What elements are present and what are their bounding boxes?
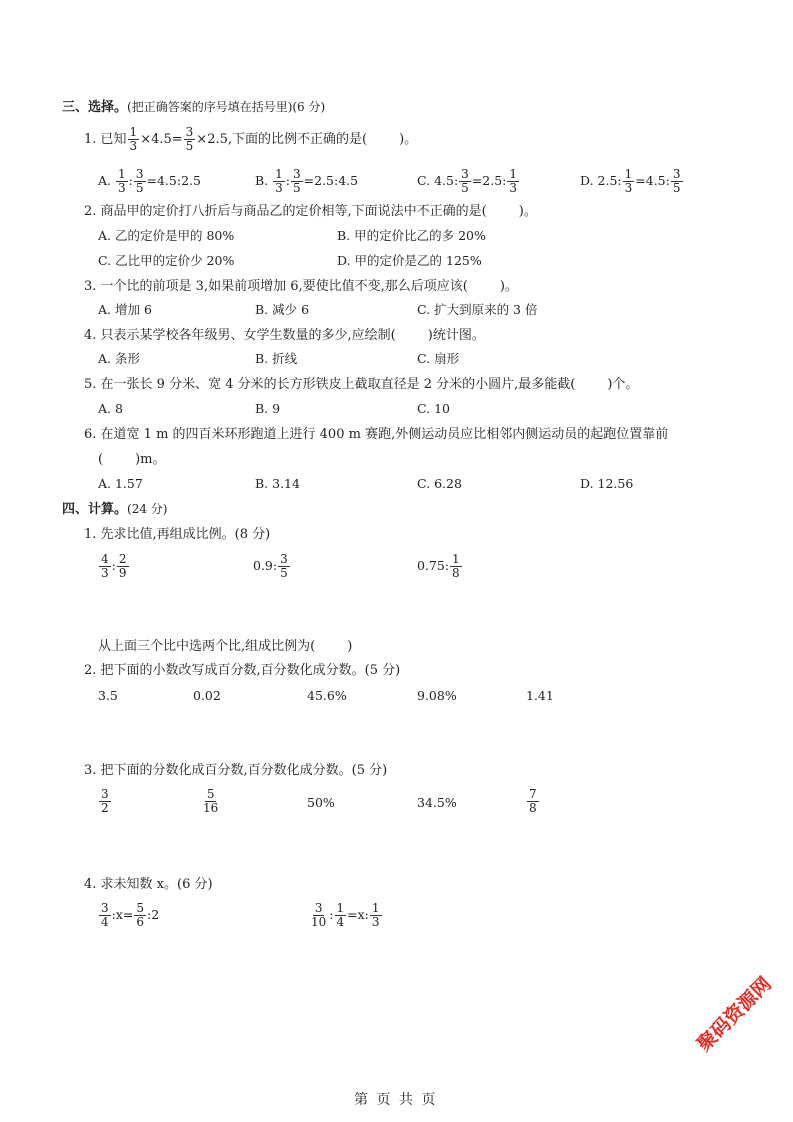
q6-option-b[interactable]: B. 3.14 — [255, 478, 300, 491]
page-footer: 第 页 共 页 — [354, 1093, 437, 1107]
problem-4: 4. 求未知数 x。(6 分) — [84, 878, 213, 891]
proportion-prompt: 从上面三个比中选两个比,组成比例为() — [98, 640, 352, 653]
equation-2: 310 : 14 =x: 13 — [308, 902, 383, 928]
value-item: 516 — [200, 788, 221, 814]
q1-option-d[interactable]: D. 2.5: 13 =4.5: 35 — [580, 168, 684, 194]
q1-prefix: 1. 已知 — [84, 133, 127, 146]
ratio-item-1: 43 : 29 — [98, 553, 130, 579]
q4-option-a[interactable]: A. 条形 — [98, 353, 140, 366]
q3-option-c[interactable]: C. 扩大到原来的 3 倍 — [417, 304, 537, 317]
problem-2: 2. 把下面的小数改写成百分数,百分数化成分数。(5 分) — [84, 664, 400, 677]
q1-option-b[interactable]: B. 13 : 35 =2.5:4.5 — [255, 168, 358, 194]
q6-option-a[interactable]: A. 1.57 — [98, 478, 143, 491]
value-item: 1.41 — [526, 690, 554, 703]
q2-option-d[interactable]: D. 甲的定价是乙的 125% — [337, 255, 482, 268]
question-1: 1. 已知 13 ×4.5= 35 ×2.5,下面的比例不正确的是( )。 — [84, 126, 417, 152]
ratio-item-2: 0.9: 35 — [253, 553, 291, 579]
value-item: 3.5 — [98, 690, 118, 703]
value-item: 45.6% — [307, 690, 347, 703]
q5-option-b[interactable]: B. 9 — [255, 403, 280, 416]
problem-3: 3. 把下面的分数化成百分数,百分数化成分数。(5 分) — [84, 764, 387, 777]
value-item: 32 — [98, 788, 112, 814]
q2-option-a[interactable]: A. 乙的定价是甲的 80% — [98, 230, 234, 243]
q1-option-c[interactable]: C. 4.5: 35 =2.5: 13 — [417, 168, 520, 194]
question-4: 4. 只表示某学校各年级男、女学生数量的多少,应绘制()统计图。 — [84, 329, 485, 342]
ratio-item-3: 0.75: 18 — [417, 553, 463, 579]
q4-option-c[interactable]: C. 扇形 — [417, 353, 459, 366]
problem-1: 1. 先求比值,再组成比例。(8 分) — [84, 528, 270, 541]
fraction: 13 — [128, 126, 140, 152]
q5-option-c[interactable]: C. 10 — [417, 403, 450, 416]
section-title: 四、计算。 — [62, 502, 127, 517]
q1-mid1: ×4.5= — [140, 133, 182, 146]
q3-option-a[interactable]: A. 增加 6 — [98, 304, 152, 317]
section-3-heading: 三、选择。(把正确答案的序号填在括号里)(6 分) — [62, 101, 325, 114]
equation-1: 34 :x= 56 :2 — [98, 902, 159, 928]
section-title: 三、选择。 — [62, 100, 127, 115]
q6-option-c[interactable]: C. 6.28 — [417, 478, 462, 491]
section-note: (24 分) — [127, 502, 167, 516]
q1-mid2: ×2.5,下面的比例不正确的是( — [196, 133, 367, 146]
question-6: 6. 在道宽 1 m 的四百米环形跑道上进行 400 m 赛跑,外侧运动员应比相… — [84, 428, 668, 441]
value-item: 9.08% — [417, 690, 457, 703]
value-item: 34.5% — [417, 797, 457, 810]
q1-end: )。 — [399, 133, 417, 146]
q3-option-b[interactable]: B. 减少 6 — [255, 304, 309, 317]
question-6-line2: ()m。 — [98, 453, 165, 466]
section-4-heading: 四、计算。(24 分) — [62, 503, 167, 516]
q1-option-a[interactable]: A. 13 : 35 =4.5:2.5 — [98, 168, 201, 194]
q4-option-b[interactable]: B. 折线 — [255, 353, 297, 366]
value-item: 78 — [526, 788, 540, 814]
value-item: 0.02 — [193, 690, 221, 703]
question-3: 3. 一个比的前项是 3,如果前项增加 6,要使比值不变,那么后项应该()。 — [84, 280, 518, 293]
question-5: 5. 在一张长 9 分米、宽 4 分米的长方形铁皮上截取直径是 2 分米的小圆片… — [84, 378, 638, 391]
q2-option-b[interactable]: B. 甲的定价比乙的多 20% — [337, 230, 486, 243]
fraction: 35 — [184, 126, 196, 152]
watermark-stamp: 聚码资源网 — [695, 974, 776, 1055]
q5-option-a[interactable]: A. 8 — [98, 403, 123, 416]
q2-option-c[interactable]: C. 乙比甲的定价少 20% — [98, 255, 234, 268]
question-2: 2. 商品甲的定价打八折后与商品乙的定价相等,下面说法中不正确的是()。 — [84, 205, 537, 218]
section-note: (把正确答案的序号填在括号里)(6 分) — [127, 100, 325, 114]
value-item: 50% — [307, 797, 335, 810]
q6-option-d[interactable]: D. 12.56 — [580, 478, 633, 491]
